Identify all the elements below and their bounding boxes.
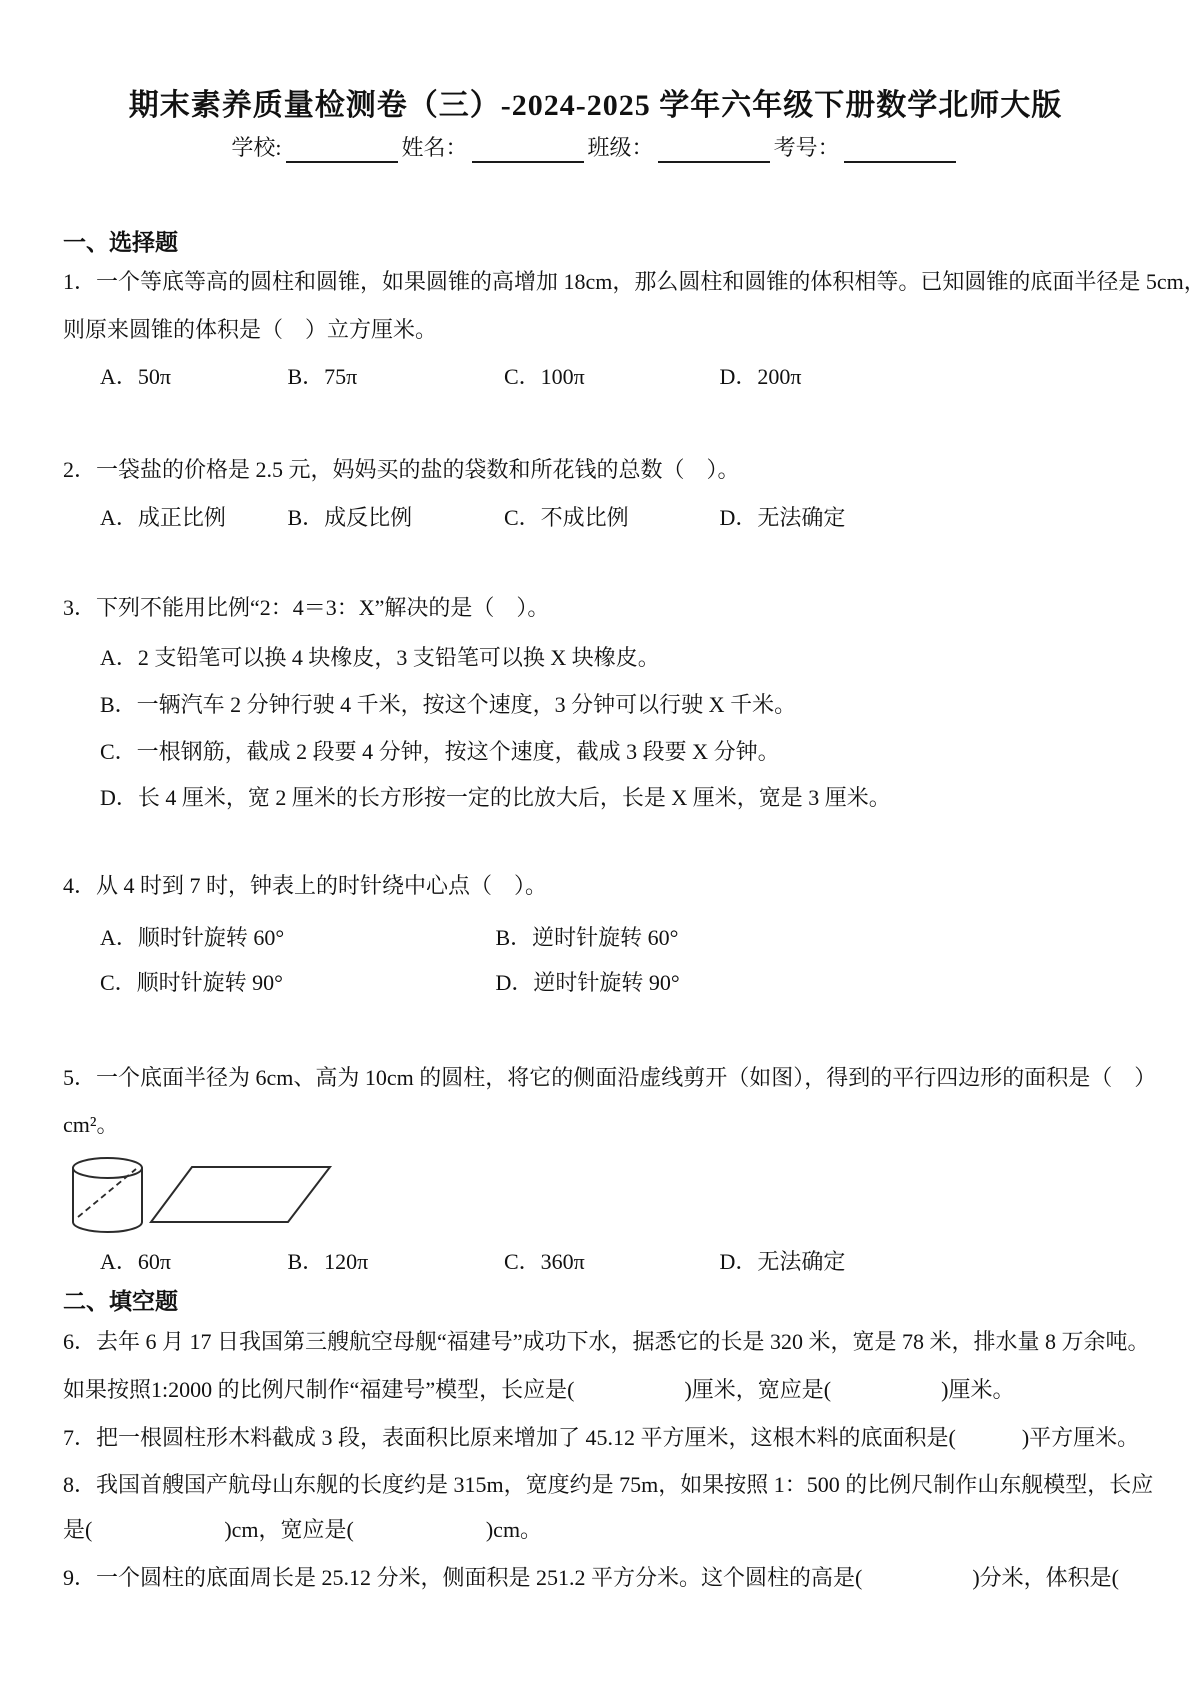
name-field: 姓名： — [402, 133, 584, 163]
q6-stem-line-1: 6．去年 6 月 17 日我国第三艘航空母舰“福建号”成功下水，据悉它的长是 3… — [63, 1327, 1150, 1357]
exam-number-label: 考号： — [774, 133, 840, 163]
q1-option-c: C．100π — [504, 362, 714, 392]
section-2-heading: 二、填空题 — [63, 1287, 178, 1317]
q3-option-a: A．2 支铅笔可以换 4 块橡皮，3 支铅笔可以换 X 块橡皮。 — [100, 643, 660, 673]
exam-number-blank — [844, 137, 956, 163]
q7-stem: 7．把一根圆柱形木料截成 3 段，表面积比原来增加了 45.12 平方厘米，这根… — [63, 1423, 1139, 1453]
q1-option-a: A．50π — [100, 362, 282, 392]
q5-stem-line-2: cm²。 — [63, 1110, 118, 1140]
q5-option-d: D．无法确定 — [720, 1247, 846, 1277]
name-blank — [472, 137, 584, 163]
q5-options: A．60π B．120π C．360π D．无法确定 — [100, 1247, 845, 1277]
school-label: 学校: — [231, 133, 281, 163]
q3-stem: 3．下列不能用比例“2：4＝3：X”解决的是（ ）。 — [63, 593, 549, 623]
q1-stem-line-1: 1．一个等底等高的圆柱和圆锥，如果圆锥的高增加 18cm，那么圆柱和圆锥的体积相… — [63, 267, 1191, 297]
q5-option-c: C．360π — [504, 1247, 714, 1277]
q4-option-c: C．顺时针旋转 90° — [100, 968, 490, 998]
q3-option-b: B．一辆汽车 2 分钟行驶 4 千米，按这个速度，3 分钟可以行驶 X 千米。 — [100, 690, 796, 720]
q4-options-row-1: A．顺时针旋转 60° B．逆时针旋转 60° — [100, 923, 678, 953]
page-title: 期末素养质量检测卷（三）-2024-2025 学年六年级下册数学北师大版 — [0, 80, 1191, 124]
cylinder-bottom-arc — [73, 1222, 142, 1232]
cylinder-top-ellipse — [73, 1158, 142, 1178]
name-label: 姓名： — [402, 133, 468, 163]
q6-stem-line-2: 如果按照1:2000 的比例尺制作“福建号”模型，长应是( )厘米，宽应是( )… — [63, 1375, 1014, 1405]
school-blank — [286, 137, 398, 163]
q5-option-a: A．60π — [100, 1247, 282, 1277]
class-field: 班级： — [588, 133, 770, 163]
class-blank — [658, 137, 770, 163]
q9-stem: 9．一个圆柱的底面周长是 25.12 分米，侧面积是 251.2 平方分米。这个… — [63, 1563, 1191, 1593]
parallelogram — [151, 1167, 330, 1222]
cylinder-unrolled-figure — [63, 1152, 343, 1234]
q5-option-b: B．120π — [288, 1247, 499, 1277]
exam-number-field: 考号： — [774, 133, 956, 163]
student-info-row: 学校: 姓名： 班级： 考号： — [0, 133, 1191, 163]
q3-option-c: C．一根钢筋，截成 2 段要 4 分钟，按这个速度，截成 3 段要 X 分钟。 — [100, 737, 780, 767]
q4-option-b: B．逆时针旋转 60° — [496, 923, 679, 953]
q1-options: A．50π B．75π C．100π D．200π — [100, 362, 802, 392]
exam-paper: 期末素养质量检测卷（三）-2024-2025 学年六年级下册数学北师大版 学校:… — [0, 0, 1191, 1684]
q2-option-b: B．成反比例 — [288, 503, 499, 533]
q4-stem: 4．从 4 时到 7 时，钟表上的时针绕中心点（ ）。 — [63, 871, 547, 901]
school-field: 学校: — [231, 133, 397, 163]
section-1-heading: 一、选择题 — [63, 228, 178, 258]
q1-option-d: D．200π — [720, 362, 802, 392]
q8-stem-line-1: 8．我国首艘国产航母山东舰的长度约是 315m，宽度约是 75m，如果按照 1：… — [63, 1470, 1153, 1500]
q4-option-d: D．逆时针旋转 90° — [496, 968, 680, 998]
q1-option-b: B．75π — [288, 362, 499, 392]
q4-options-row-2: C．顺时针旋转 90° D．逆时针旋转 90° — [100, 968, 680, 998]
class-label: 班级： — [588, 133, 654, 163]
q2-option-a: A．成正比例 — [100, 503, 282, 533]
q5-stem-line-1: 5．一个底面半径为 6cm、高为 10cm 的圆柱，将它的侧面沿虚线剪开（如图）… — [63, 1063, 1156, 1093]
q2-option-d: D．无法确定 — [720, 503, 846, 533]
q4-option-a: A．顺时针旋转 60° — [100, 923, 490, 953]
q3-option-d: D．长 4 厘米，宽 2 厘米的长方形按一定的比放大后，长是 X 厘米，宽是 3… — [100, 783, 891, 813]
q8-stem-line-2: 是( )cm，宽应是( )cm。 — [63, 1515, 542, 1545]
q1-stem-line-2: 则原来圆锥的体积是（ ）立方厘米。 — [63, 315, 437, 345]
q2-options: A．成正比例 B．成反比例 C．不成比例 D．无法确定 — [100, 503, 845, 533]
q2-option-c: C．不成比例 — [504, 503, 714, 533]
q2-stem: 2．一袋盐的价格是 2.5 元，妈妈买的盐的袋数和所花钱的总数（ ）。 — [63, 455, 740, 485]
